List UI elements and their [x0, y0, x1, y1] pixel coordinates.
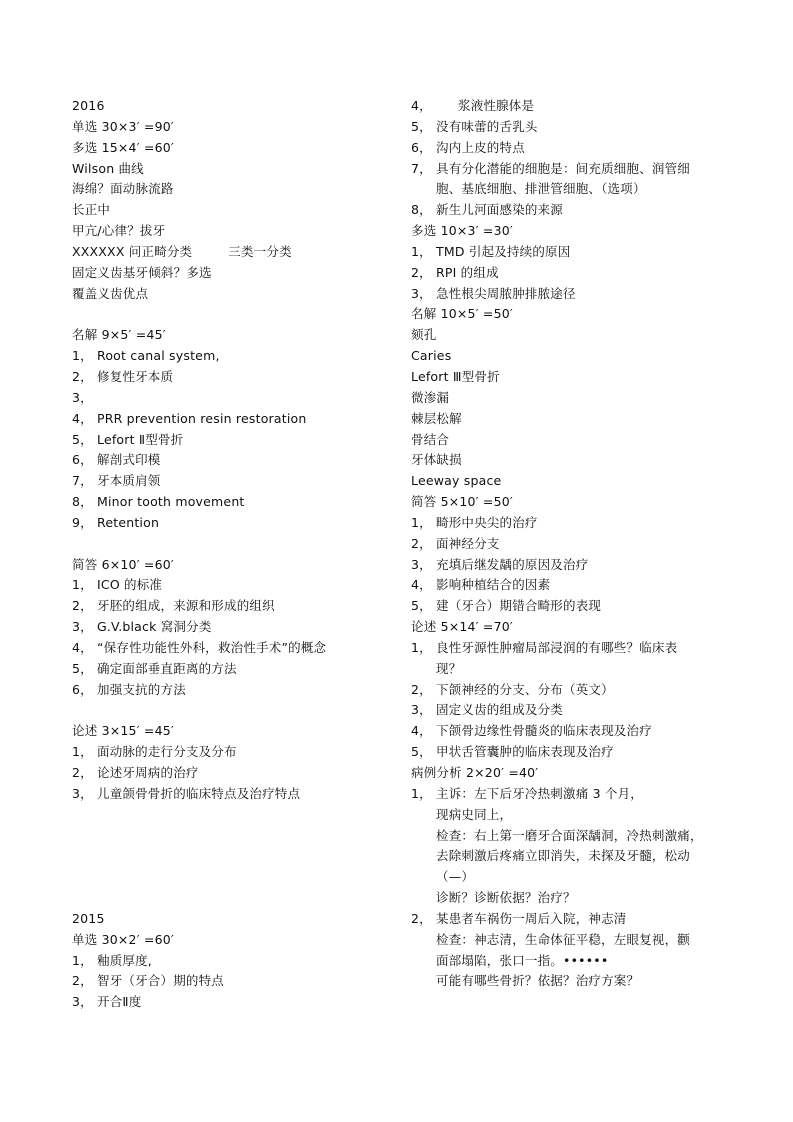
- list-item: 3，: [72, 388, 402, 409]
- list-item: 2，智牙（牙合）期的特点: [72, 971, 402, 992]
- spacer: [72, 304, 402, 325]
- item-number: 6，: [411, 138, 436, 159]
- item-number: 3，: [72, 784, 97, 805]
- list-item: 5，没有味蕾的舌乳头: [411, 117, 751, 138]
- year-heading-2015: 2015: [72, 909, 402, 930]
- item-text: Minor tooth movement: [97, 492, 402, 513]
- item-number: 2，: [72, 367, 97, 388]
- item-text-wrap: 浆液性腺体是: [436, 96, 751, 117]
- item-text: 儿童颌骨骨折的临床特点及治疗特点: [97, 784, 402, 805]
- list-item: 5，甲状舌管囊肿的临床表现及治疗: [411, 742, 751, 763]
- list-item: 1，面动脉的走行分支及分布: [72, 742, 402, 763]
- item-text: 建（牙合）期错合畸形的表现: [436, 596, 751, 617]
- item-number: 5，: [411, 596, 436, 617]
- list-item: 6，解剖式印模: [72, 450, 402, 471]
- item-number: 2，: [411, 263, 436, 284]
- left-column: 2016 单选 30×3′ =90′ 多选 15×4′ =60′ Wilson …: [72, 96, 402, 1013]
- item-text: 下颌骨边缘性骨髓炎的临床表现及治疗: [436, 721, 751, 742]
- item-text: TMD 引起及持续的原因: [436, 242, 751, 263]
- item-text: Lefort Ⅱ型骨折: [97, 430, 402, 451]
- list-item: 3，固定义齿的组成及分类: [411, 700, 751, 721]
- item-number: 5，: [411, 117, 436, 138]
- spacer: [72, 826, 402, 847]
- list-item: 8，新生儿河面感染的来源: [411, 200, 751, 221]
- case-item: 1，主诉：左下后牙冷热刺激痛 3 个月，: [411, 784, 751, 805]
- list-item: 4，浆液性腺体是: [411, 96, 751, 117]
- item-number: 1，: [411, 784, 436, 805]
- case-text: 主诉：左下后牙冷热刺激痛 3 个月，: [436, 784, 751, 805]
- note-line: 长正中: [72, 200, 402, 221]
- item-text: 畸形中央尖的治疗: [436, 513, 751, 534]
- case-text: 检查：神志清，生命体征平稳，左眼复视，颧: [411, 930, 751, 951]
- term-item: 微渗漏: [411, 388, 751, 409]
- item-number: 3，: [72, 388, 97, 409]
- list-item: 3，儿童颌骨骨折的临床特点及治疗特点: [72, 784, 402, 805]
- list-item: 3，开合Ⅱ度: [72, 992, 402, 1013]
- item-text: PRR prevention resin restoration: [97, 409, 402, 430]
- essay-heading: 论述 5×14′ =70′: [411, 617, 751, 638]
- list-item: 4，影响种植结合的因素: [411, 575, 751, 596]
- case-analysis-heading: 病例分析 2×20′ =40′: [411, 763, 751, 784]
- item-text: 急性根尖周脓肿排脓途径: [436, 284, 751, 305]
- list-item: 4，下颌骨边缘性骨髓炎的临床表现及治疗: [411, 721, 751, 742]
- case-text: 现病史同上，: [411, 805, 751, 826]
- item-number: 3，: [411, 284, 436, 305]
- spacer: [72, 805, 402, 826]
- list-item: 9，Retention: [72, 513, 402, 534]
- item-number: 4，: [72, 638, 97, 659]
- essay-heading: 论述 3×15′ =45′: [72, 721, 402, 742]
- note-text: XXXXXX 问正畸分类: [72, 244, 192, 259]
- short-answer-heading: 简答 6×10′ =60′: [72, 555, 402, 576]
- item-text: 充填后继发龋的原因及治疗: [436, 555, 751, 576]
- item-number: 4，: [411, 575, 436, 596]
- item-text: 没有味蕾的舌乳头: [436, 117, 751, 138]
- list-item: 4，PRR prevention resin restoration: [72, 409, 402, 430]
- note-line: 甲亢/心律？拔牙: [72, 221, 402, 242]
- item-number: 2，: [411, 909, 436, 930]
- list-item: 3，充填后继发龋的原因及治疗: [411, 555, 751, 576]
- term-item: Caries: [411, 346, 751, 367]
- item-text: Root canal system,: [97, 346, 402, 367]
- list-item: 2，面神经分支: [411, 534, 751, 555]
- item-number: 2，: [411, 534, 436, 555]
- list-item: 4，“保存性功能性外科，救治性手术”的概念: [72, 638, 402, 659]
- list-item: 7，具有分化潜能的细胞是：间充质细胞、润管细: [411, 159, 751, 180]
- term-item: 牙体缺损: [411, 450, 751, 471]
- note-line: 固定义齿基牙倾斜？多选: [72, 263, 402, 284]
- item-text: 影响种植结合的因素: [436, 575, 751, 596]
- item-number: 8，: [411, 200, 436, 221]
- spacer: [72, 867, 402, 888]
- short-answer-heading: 简答 5×10′ =50′: [411, 492, 751, 513]
- item-text: 论述牙周病的治疗: [97, 763, 402, 784]
- item-number: 4，: [411, 96, 436, 117]
- item-number: 6，: [72, 450, 97, 471]
- item-number: 1，: [411, 513, 436, 534]
- term-item: Leeway space: [411, 471, 751, 492]
- item-text: 具有分化潜能的细胞是：间充质细胞、润管细: [436, 159, 751, 180]
- item-text: 加强支抗的方法: [97, 680, 402, 701]
- list-item: 3，急性根尖周脓肿排脓途径: [411, 284, 751, 305]
- list-item: 5，建（牙合）期错合畸形的表现: [411, 596, 751, 617]
- item-number: 1，: [72, 742, 97, 763]
- item-number: 3，: [72, 992, 97, 1013]
- case-text: 检查：右上第一磨牙合面深龋洞，冷热刺激痛，: [411, 826, 751, 847]
- term-item: 颏孔: [411, 325, 751, 346]
- item-text: 下颌神经的分支、分布（英文）: [436, 680, 751, 701]
- item-text: 牙本质肩领: [97, 471, 402, 492]
- note-line: 海绵？面动脉流路: [72, 179, 402, 200]
- case-text: （—）: [411, 867, 751, 888]
- item-text: 面神经分支: [436, 534, 751, 555]
- item-number: 1，: [411, 638, 436, 659]
- note-extra: 三类一分类: [228, 244, 292, 259]
- item-text: 面动脉的走行分支及分布: [97, 742, 402, 763]
- item-text: 解剖式印模: [97, 450, 402, 471]
- list-item: 1，ICO 的标准: [72, 575, 402, 596]
- item-text: 新生儿河面感染的来源: [436, 200, 751, 221]
- spacer: [72, 846, 402, 867]
- item-number: 3，: [411, 700, 436, 721]
- spacer: [72, 700, 402, 721]
- list-item: 5，确定面部垂直距离的方法: [72, 659, 402, 680]
- list-item: 6，加强支抗的方法: [72, 680, 402, 701]
- item-text: G.V.black 窝洞分类: [97, 617, 402, 638]
- term-section-heading: 名解 10×5′ =50′: [411, 304, 751, 325]
- item-number: 5，: [411, 742, 436, 763]
- list-item: 1，釉质厚度,: [72, 951, 402, 972]
- item-text: 固定义齿的组成及分类: [436, 700, 751, 721]
- item-text: Retention: [97, 513, 402, 534]
- year-heading-2016: 2016: [72, 96, 402, 117]
- list-item: 2，修复性牙本质: [72, 367, 402, 388]
- list-item: 3，G.V.black 窝洞分类: [72, 617, 402, 638]
- item-number: 1，: [411, 242, 436, 263]
- list-item: 2，论述牙周病的治疗: [72, 763, 402, 784]
- item-number: 2，: [411, 680, 436, 701]
- single-choice-2015-heading: 单选 30×2′ =60′: [72, 930, 402, 951]
- item-text: [97, 388, 402, 409]
- item-text: 确定面部垂直距离的方法: [97, 659, 402, 680]
- list-item: 7，牙本质肩领: [72, 471, 402, 492]
- note-line: 覆盖义齿优点: [72, 284, 402, 305]
- list-item: 1，良性牙源性肿瘤局部浸润的有哪些？临床表: [411, 638, 751, 659]
- item-number: 8，: [72, 492, 97, 513]
- term-item: 骨结合: [411, 430, 751, 451]
- list-item: 5，Lefort Ⅱ型骨折: [72, 430, 402, 451]
- item-number: 1，: [72, 951, 97, 972]
- list-item: 8，Minor tooth movement: [72, 492, 402, 513]
- item-number: 1，: [72, 346, 97, 367]
- item-text-continued: 现？: [411, 659, 751, 680]
- case-item: 2，某患者车祸伤一周后入院，神志清: [411, 909, 751, 930]
- item-text: 浆液性腺体是: [458, 98, 534, 113]
- item-text: ICO 的标准: [97, 575, 402, 596]
- item-number: 3，: [411, 555, 436, 576]
- item-text: RPI 的组成: [436, 263, 751, 284]
- item-text: “保存性功能性外科，救治性手术”的概念: [97, 638, 402, 659]
- term-item: 棘层松解: [411, 409, 751, 430]
- item-number: 2，: [72, 763, 97, 784]
- case-text: 面部塌陷，张口一指。••••••: [411, 951, 751, 972]
- item-text: 釉质厚度,: [97, 951, 402, 972]
- term-item: Lefort Ⅲ型骨折: [411, 367, 751, 388]
- case-text: 某患者车祸伤一周后入院，神志清: [436, 909, 751, 930]
- case-text: 诊断？诊断依据？治疗？: [411, 888, 751, 909]
- item-number: 4，: [411, 721, 436, 742]
- list-item: 1，Root canal system,: [72, 346, 402, 367]
- item-number: 7，: [72, 471, 97, 492]
- multi-choice-heading: 多选 15×4′ =60′: [72, 138, 402, 159]
- item-number: 9，: [72, 513, 97, 534]
- item-text: 甲状舌管囊肿的临床表现及治疗: [436, 742, 751, 763]
- item-number: 7，: [411, 159, 436, 180]
- single-choice-heading: 单选 30×3′ =90′: [72, 117, 402, 138]
- item-text: 沟内上皮的特点: [436, 138, 751, 159]
- case-text: 可能有哪些骨折？依据？治疗方案？: [411, 971, 751, 992]
- item-number: 2，: [72, 971, 97, 992]
- note-line: XXXXXX 问正畸分类三类一分类: [72, 242, 402, 263]
- list-item: 6，沟内上皮的特点: [411, 138, 751, 159]
- term-section-heading: 名解 9×5′ =45′: [72, 325, 402, 346]
- list-item: 2，RPI 的组成: [411, 263, 751, 284]
- item-number: 3，: [72, 617, 97, 638]
- item-number: 1，: [72, 575, 97, 596]
- item-text-continued: 胞、基底细胞、排泄管细胞、（选项）: [411, 179, 751, 200]
- note-line: Wilson 曲线: [72, 159, 402, 180]
- case-text: 去除刺激后疼痛立即消失，未探及牙髓，松动: [411, 846, 751, 867]
- item-text: 良性牙源性肿瘤局部浸润的有哪些？临床表: [436, 638, 751, 659]
- list-item: 2，牙胚的组成，来源和形成的组织: [72, 596, 402, 617]
- list-item: 1，TMD 引起及持续的原因: [411, 242, 751, 263]
- item-text: 牙胚的组成，来源和形成的组织: [97, 596, 402, 617]
- item-number: 6，: [72, 680, 97, 701]
- item-text: 开合Ⅱ度: [97, 992, 402, 1013]
- multi-choice-heading: 多选 10×3′ =30′: [411, 221, 751, 242]
- list-item: 2，下颌神经的分支、分布（英文）: [411, 680, 751, 701]
- item-number: 5，: [72, 430, 97, 451]
- item-text: 修复性牙本质: [97, 367, 402, 388]
- spacer: [72, 534, 402, 555]
- spacer: [72, 888, 402, 909]
- item-number: 4，: [72, 409, 97, 430]
- list-item: 1，畸形中央尖的治疗: [411, 513, 751, 534]
- item-text: 智牙（牙合）期的特点: [97, 971, 402, 992]
- item-number: 5，: [72, 659, 97, 680]
- item-number: 2，: [72, 596, 97, 617]
- right-column: 4，浆液性腺体是 5，没有味蕾的舌乳头 6，沟内上皮的特点 7，具有分化潜能的细…: [411, 96, 751, 992]
